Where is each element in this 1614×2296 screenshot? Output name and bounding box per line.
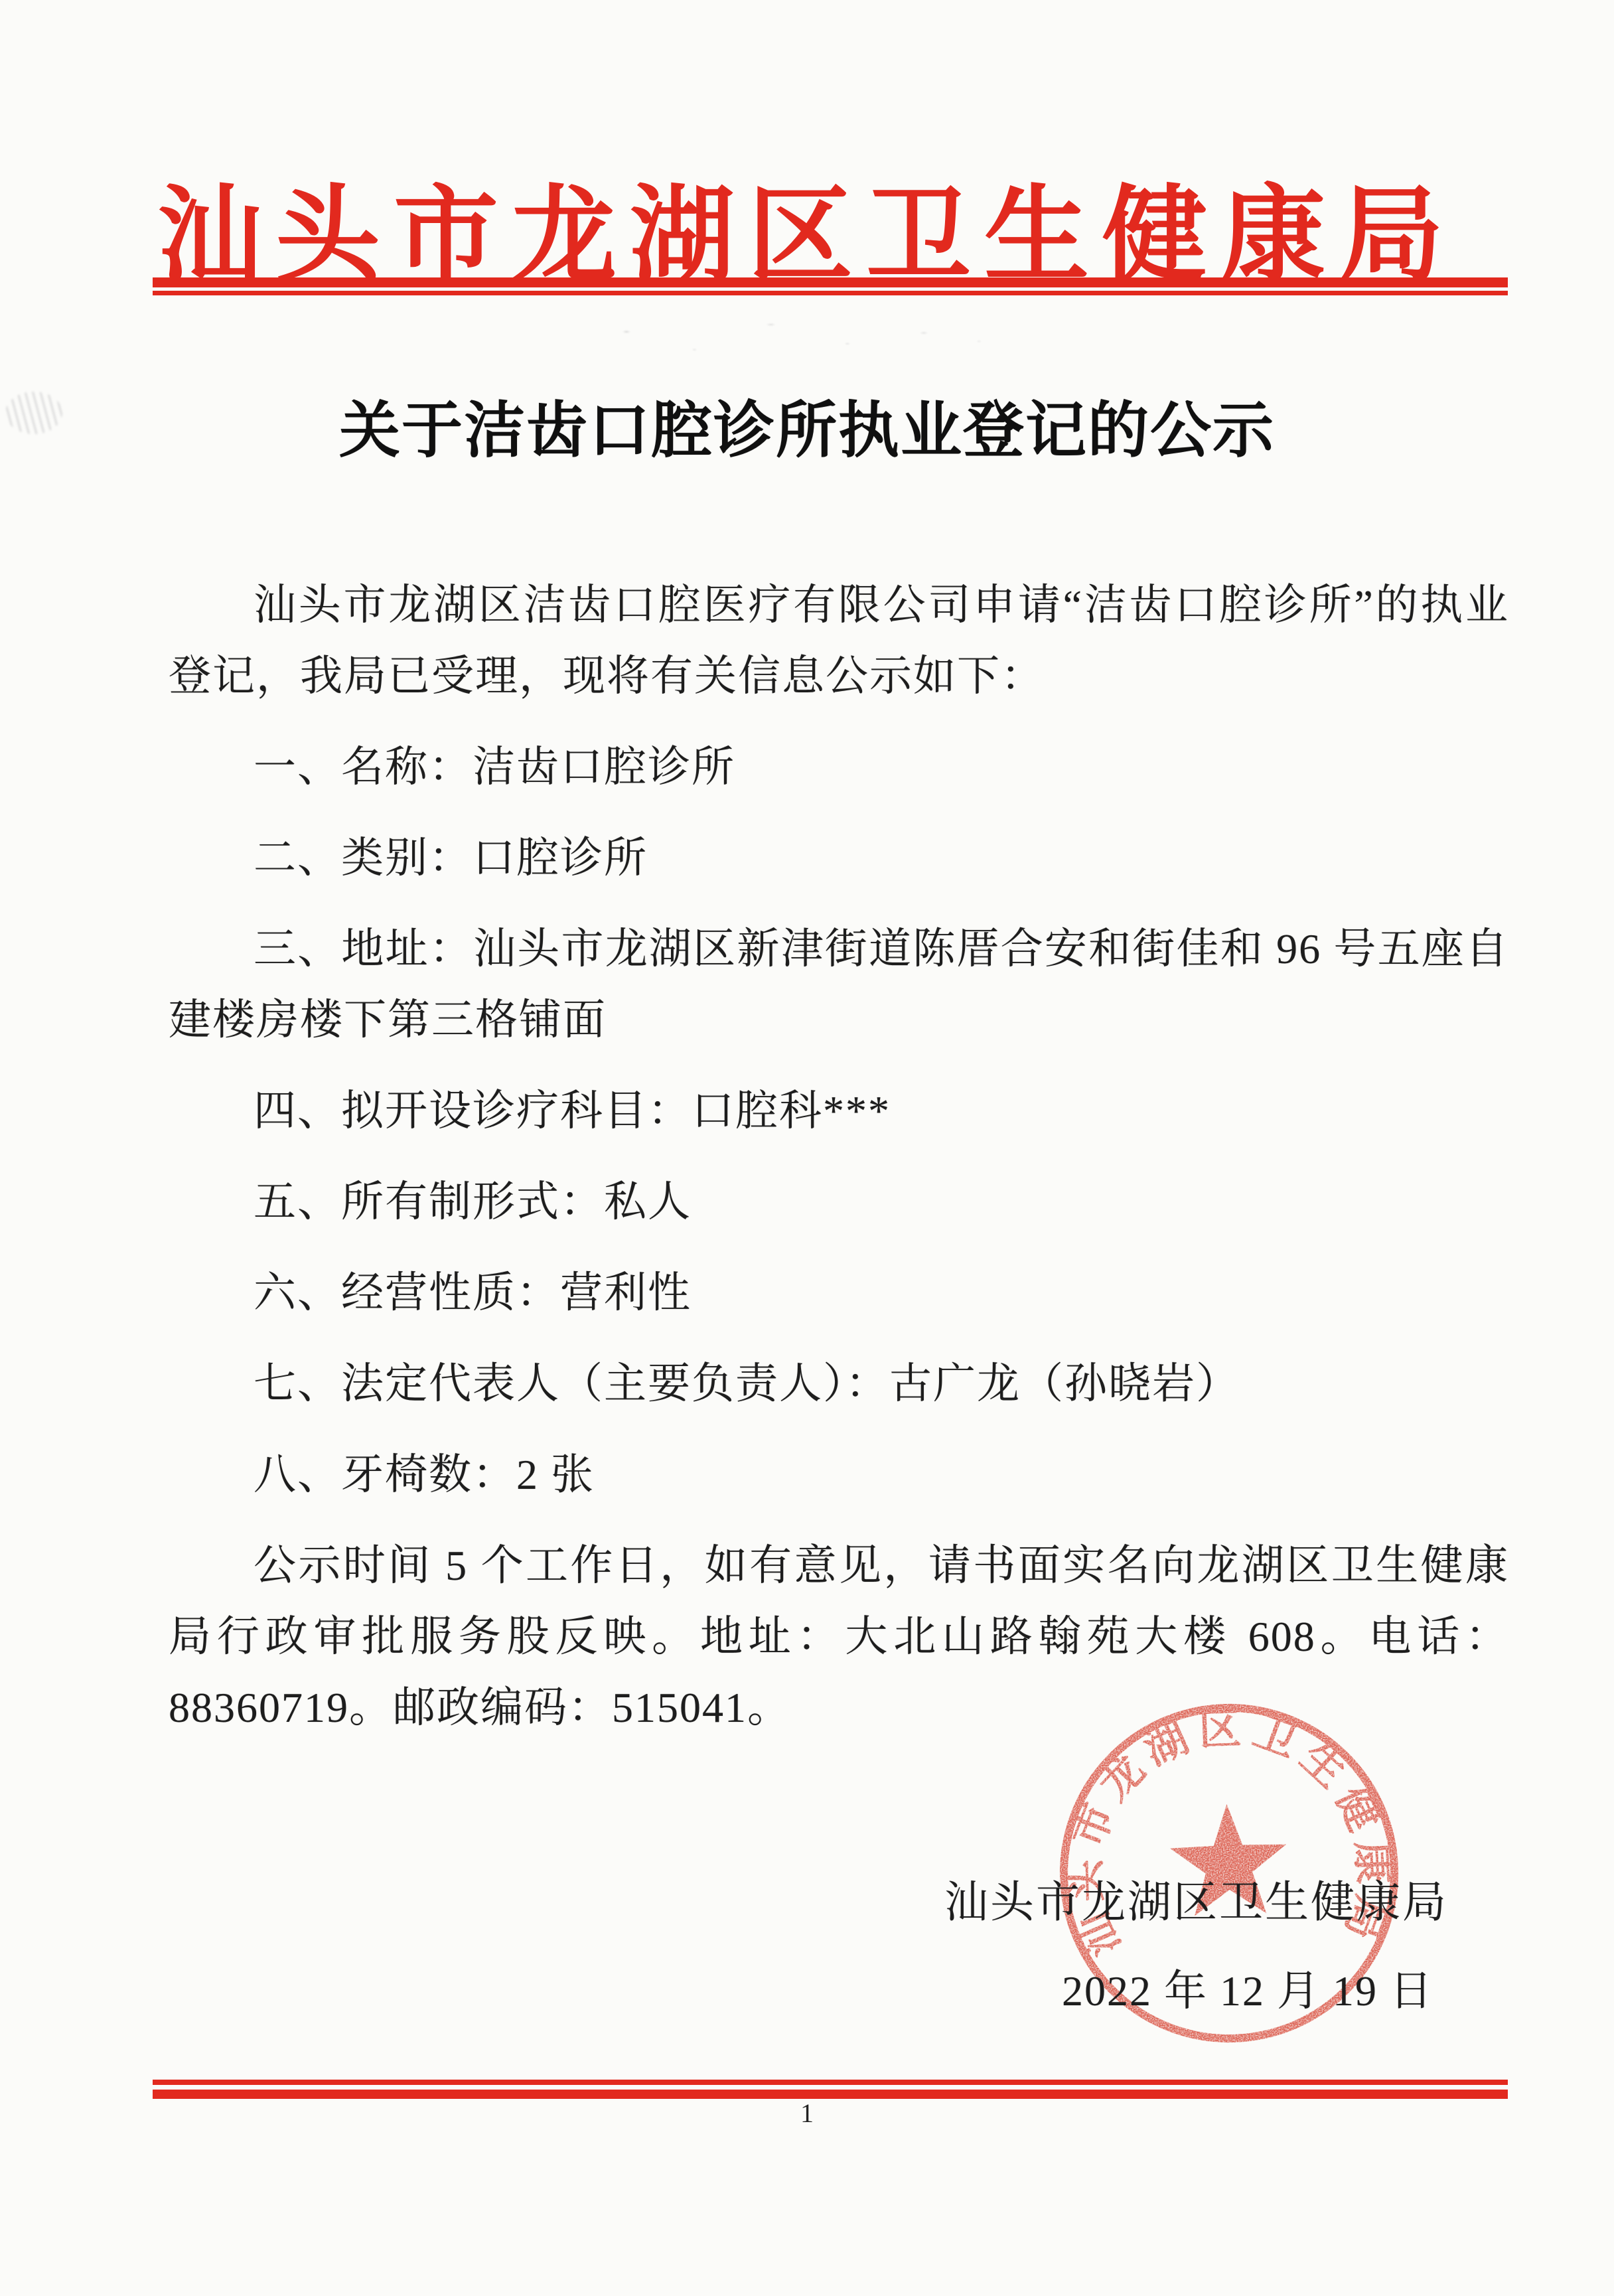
letterhead-rule-thick xyxy=(153,277,1508,287)
letterhead-rule-thin xyxy=(153,291,1508,295)
document-title: 关于洁齿口腔诊所执业登记的公示 xyxy=(0,382,1614,469)
item-address: 三、地址：汕头市龙湖区新津街道陈厝合安和街佳和 96 号五座自建楼房楼下第三格铺… xyxy=(169,913,1509,1055)
document-page: 汕头市龙湖区卫生健康局 关于洁齿口腔诊所执业登记的公示 汕头市龙湖区洁齿口腔医疗… xyxy=(0,0,1614,2296)
item-name: 一、名称：洁齿口腔诊所 xyxy=(169,731,1509,803)
item-legal-representative: 七、法定代表人（主要负责人）：古广龙（孙晓岩） xyxy=(169,1348,1509,1419)
item-dental-chair-count: 八、牙椅数：2 张 xyxy=(169,1439,1509,1510)
item-operating-nature: 六、经营性质：营利性 xyxy=(169,1257,1509,1328)
page-number: 1 xyxy=(0,2098,1614,2129)
intro-paragraph: 汕头市龙湖区洁齿口腔医疗有限公司申请“洁齿口腔诊所”的执业登记，我局已受理，现将… xyxy=(169,570,1509,712)
footer-rule-thin xyxy=(153,2080,1508,2085)
item-category: 二、类别：口腔诊所 xyxy=(169,822,1509,893)
signature-agency: 汕头市龙湖区卫生健康局 xyxy=(944,1867,1448,1930)
item-ownership: 五、所有制形式：私人 xyxy=(169,1166,1509,1237)
signature-date: 2022 年 12 月 19 日 xyxy=(1062,1957,1433,2018)
document-body: 汕头市龙湖区洁齿口腔医疗有限公司申请“洁齿口腔诊所”的执业登记，我局已受理，现将… xyxy=(169,570,1509,1763)
item-departments: 四、拟开设诊疗科目：口腔科*** xyxy=(169,1075,1509,1146)
scan-artifact xyxy=(584,307,1009,366)
